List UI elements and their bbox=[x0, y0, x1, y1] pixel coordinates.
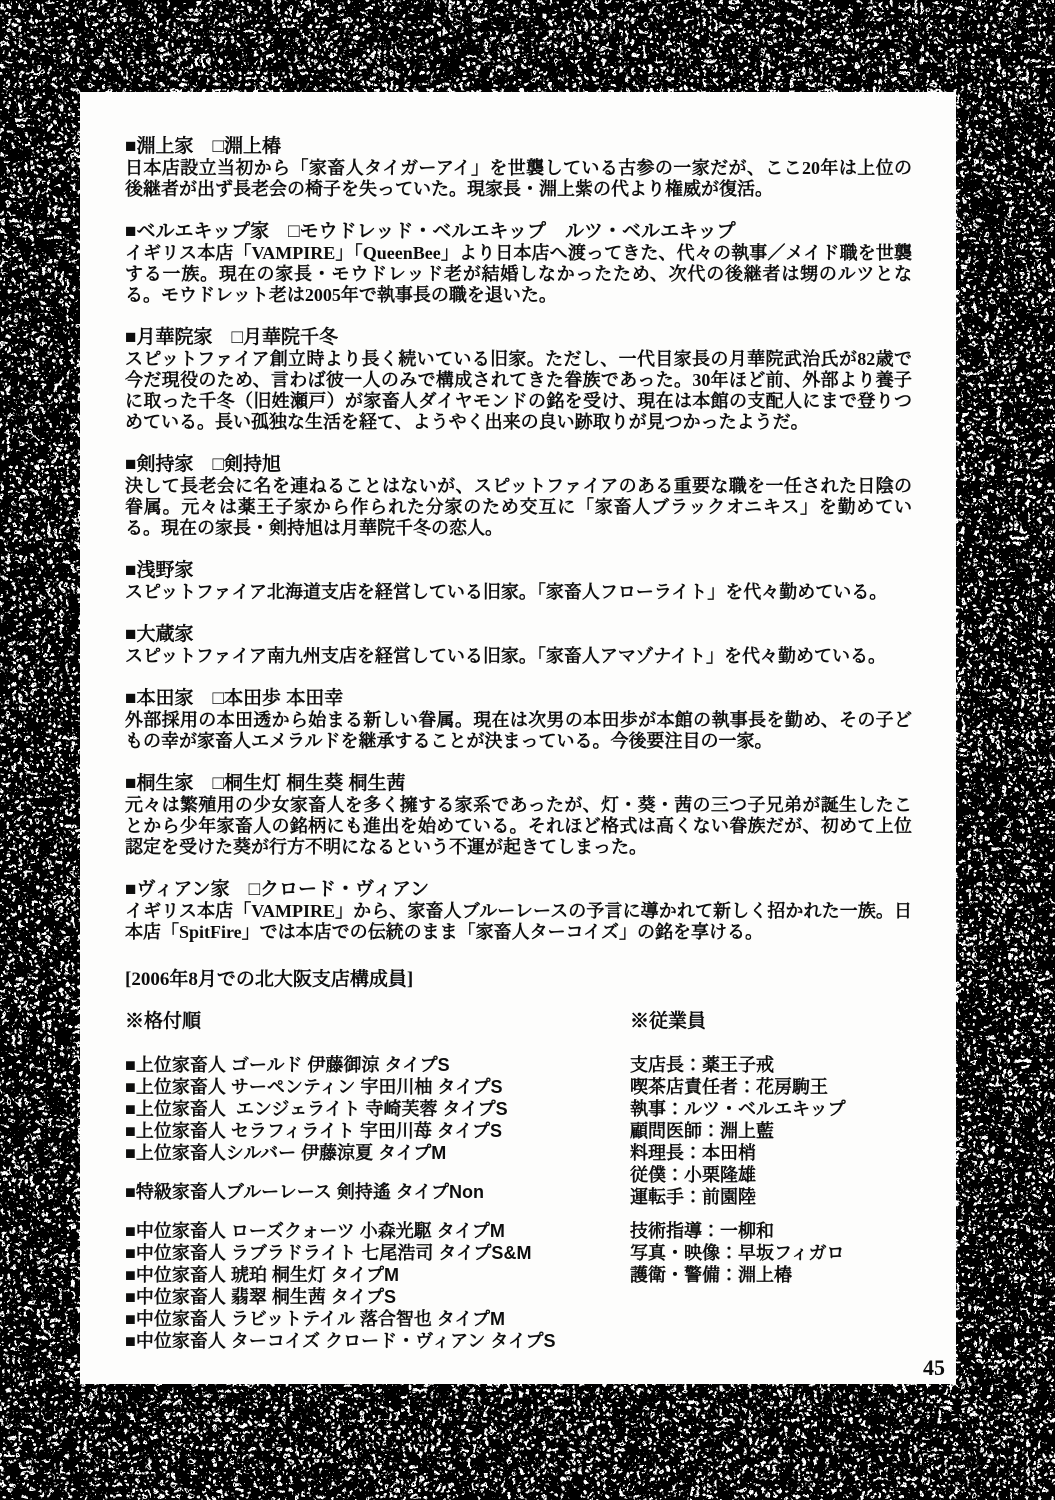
rank-item: ■中位家畜人 ターコイズ クロード・ヴィアン タイプS bbox=[125, 1330, 630, 1352]
rank-item: ■特級家畜人ブルーレース 剣持遙 タイプNon bbox=[125, 1181, 630, 1203]
family-section: ■月華院家 □月華院千冬 スピットファイア創立時より長く続いている旧家。ただし、… bbox=[125, 327, 912, 433]
staff-group-main: 支店長：薬王子戒 喫茶店責任者：花房駒王 執事：ルツ・ベルエキップ 顧問医師：淵… bbox=[630, 1054, 912, 1208]
family-section: ■大蔵家 スピットファイア南九州支店を経営している旧家。「家畜人アマゾナイト」を… bbox=[125, 624, 912, 667]
staff-item: 顧問医師：淵上藍 bbox=[630, 1120, 912, 1142]
staff-item: 執事：ルツ・ベルエキップ bbox=[630, 1098, 912, 1120]
paper-page: ■淵上家 □淵上椿 日本店設立当初から「家畜人タイガーアイ」を世襲している古参の… bbox=[80, 92, 956, 1384]
rank-item: ■上位家畜人 ゴールド 伊藤御涼 タイプS bbox=[125, 1054, 630, 1076]
staff-column-title: ※従業員 bbox=[630, 1011, 912, 1033]
family-section: ■桐生家 □桐生灯 桐生葵 桐生茜 元々は繁殖用の少女家畜人を多く擁する家系であ… bbox=[125, 773, 912, 858]
rank-item: ■上位家畜人 セラフィライト 宇田川苺 タイプS bbox=[125, 1120, 630, 1142]
rank-group-special: ■特級家畜人ブルーレース 剣持遙 タイプNon bbox=[125, 1181, 630, 1203]
staff-group-support: 技術指導：一柳和 写真・映像：早坂フィガロ 護衛・警備：淵上椿 bbox=[630, 1220, 912, 1286]
family-description: 日本店設立当初から「家畜人タイガーアイ」を世襲している古参の一家だが、ここ20年… bbox=[125, 158, 912, 200]
page-number: 45 bbox=[923, 1355, 945, 1381]
staff-item: 運転手：前園陸 bbox=[630, 1186, 912, 1208]
family-section: ■ヴィアン家 □クロード・ヴィアン イギリス本店「VAMPIRE」から、家畜人ブ… bbox=[125, 879, 912, 943]
family-heading: ■月華院家 □月華院千冬 bbox=[125, 327, 912, 349]
family-heading: ■ヴィアン家 □クロード・ヴィアン bbox=[125, 879, 912, 901]
rank-item: ■上位家畜人 エンジェライト 寺崎芙蓉 タイプS bbox=[125, 1098, 630, 1120]
rank-item: ■中位家畜人 ローズクォーツ 小森光駆 タイプM bbox=[125, 1220, 630, 1242]
rank-item: ■中位家畜人 ラビットテイル 落合智也 タイプM bbox=[125, 1308, 630, 1330]
rank-column: ※格付順 ■上位家畜人 ゴールド 伊藤御涼 タイプS ■上位家畜人 サーペンティ… bbox=[125, 1011, 630, 1352]
staff-item: 喫茶店責任者：花房駒王 bbox=[630, 1076, 912, 1098]
family-description: イギリス本店「VAMPIRE」「QueenBee」より日本店へ渡ってきた、代々の… bbox=[125, 243, 912, 306]
family-heading: ■剣持家 □剣持旭 bbox=[125, 454, 912, 476]
staff-column: ※従業員 支店長：薬王子戒 喫茶店責任者：花房駒王 執事：ルツ・ベルエキップ 顧… bbox=[630, 1011, 912, 1352]
rank-group-upper: ■上位家畜人 ゴールド 伊藤御涼 タイプS ■上位家畜人 サーペンティン 宇田川… bbox=[125, 1054, 630, 1164]
staff-item: 護衛・警備：淵上椿 bbox=[630, 1264, 912, 1286]
family-description: スピットファイア北海道支店を経営している旧家。「家畜人フローライト」を代々勤めて… bbox=[125, 582, 912, 603]
roster-columns: ※格付順 ■上位家畜人 ゴールド 伊藤御涼 タイプS ■上位家畜人 サーペンティ… bbox=[125, 1011, 912, 1352]
roster-title: [2006年8月での北大阪支店構成員] bbox=[125, 969, 912, 991]
staff-item: 技術指導：一柳和 bbox=[630, 1220, 912, 1242]
family-description: 決して長老会に名を連ねることはないが、スピットファイアのある重要な職を一任された… bbox=[125, 476, 912, 539]
family-description: 元々は繁殖用の少女家畜人を多く擁する家系であったが、灯・葵・茜の三つ子兄弟が誕生… bbox=[125, 795, 912, 858]
rank-item: ■中位家畜人 翡翠 桐生茜 タイプS bbox=[125, 1286, 630, 1308]
family-section: ■ベルエキップ家 □モウドレッド・ベルエキップ ルツ・ベルエキップ イギリス本店… bbox=[125, 221, 912, 306]
rank-item: ■中位家畜人 ラブラドライト 七尾浩司 タイプS&M bbox=[125, 1242, 630, 1264]
rank-item: ■上位家畜人 サーペンティン 宇田川柚 タイプS bbox=[125, 1076, 630, 1098]
family-section: ■淵上家 □淵上椿 日本店設立当初から「家畜人タイガーアイ」を世襲している古参の… bbox=[125, 136, 912, 200]
family-heading: ■桐生家 □桐生灯 桐生葵 桐生茜 bbox=[125, 773, 912, 795]
scanned-page: ■淵上家 □淵上椿 日本店設立当初から「家畜人タイガーアイ」を世襲している古参の… bbox=[0, 0, 1055, 1500]
family-heading: ■大蔵家 bbox=[125, 624, 912, 646]
rank-item: ■中位家畜人 琥珀 桐生灯 タイプM bbox=[125, 1264, 630, 1286]
staff-item: 支店長：薬王子戒 bbox=[630, 1054, 912, 1076]
family-description: スピットファイア南九州支店を経営している旧家。「家畜人アマゾナイト」を代々勤めて… bbox=[125, 646, 912, 667]
rank-group-middle: ■中位家畜人 ローズクォーツ 小森光駆 タイプM ■中位家畜人 ラブラドライト … bbox=[125, 1220, 630, 1352]
family-section: ■剣持家 □剣持旭 決して長老会に名を連ねることはないが、スピットファイアのある… bbox=[125, 454, 912, 539]
family-heading: ■淵上家 □淵上椿 bbox=[125, 136, 912, 158]
family-description: 外部採用の本田透から始まる新しい眷属。現在は次男の本田歩が本館の執事長を勤め、そ… bbox=[125, 710, 912, 752]
family-notes: ■淵上家 □淵上椿 日本店設立当初から「家畜人タイガーアイ」を世襲している古参の… bbox=[125, 136, 912, 943]
staff-item: 写真・映像：早坂フィガロ bbox=[630, 1242, 912, 1264]
family-heading: ■ベルエキップ家 □モウドレッド・ベルエキップ ルツ・ベルエキップ bbox=[125, 221, 912, 243]
family-section: ■本田家 □本田歩 本田幸 外部採用の本田透から始まる新しい眷属。現在は次男の本… bbox=[125, 688, 912, 752]
family-description: スピットファイア創立時より長く続いている旧家。ただし、一代目家長の月華院武治氏が… bbox=[125, 349, 912, 433]
family-description: イギリス本店「VAMPIRE」から、家畜人ブルーレースの予言に導かれて新しく招か… bbox=[125, 901, 912, 943]
staff-item: 料理長：本田梢 bbox=[630, 1142, 912, 1164]
staff-item: 従僕：小栗隆雄 bbox=[630, 1164, 912, 1186]
rank-column-title: ※格付順 bbox=[125, 1011, 630, 1033]
family-section: ■浅野家 スピットファイア北海道支店を経営している旧家。「家畜人フローライト」を… bbox=[125, 560, 912, 603]
family-heading: ■本田家 □本田歩 本田幸 bbox=[125, 688, 912, 710]
family-heading: ■浅野家 bbox=[125, 560, 912, 582]
rank-item: ■上位家畜人シルバー 伊藤涼夏 タイプM bbox=[125, 1142, 630, 1164]
